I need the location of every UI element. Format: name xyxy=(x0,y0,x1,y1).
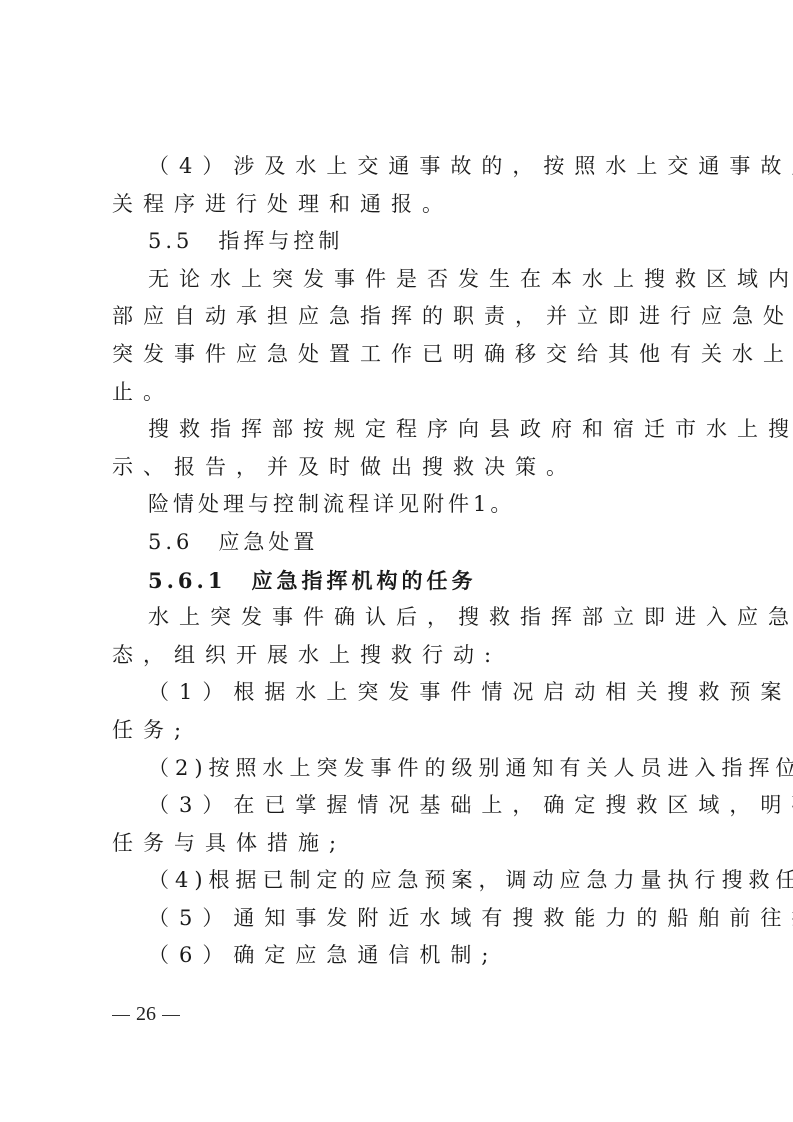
subsection-heading-5-6-1: 5.6.1 应急指挥机构的任务 xyxy=(112,562,694,600)
section-heading-5-5: 5.5 指挥与控制 xyxy=(112,223,694,261)
paragraph-line: 部应自动承担应急指挥的职责，并立即进行应急处置，直至水上 xyxy=(112,298,694,336)
paragraph-line: 态，组织开展水上搜救行动: xyxy=(112,637,694,675)
list-item-3: （3）在已掌握情况基础上，确定搜救区域，明确搜救工作 xyxy=(112,787,694,825)
paragraph-line: 突发事件应急处置工作已明确移交给其他有关水上搜救机构为 xyxy=(112,336,694,374)
page-number: 26 xyxy=(136,1003,156,1025)
page-footer: 26 xyxy=(106,1003,186,1026)
paragraph-line: 搜救指挥部按规定程序向县政府和宿迁市水上搜救机构请 xyxy=(112,411,694,449)
paragraph-line: 示、报告，并及时做出搜救决策。 xyxy=(112,449,694,487)
paragraph-line: 险情处理与控制流程详见附件1。 xyxy=(112,486,694,524)
paragraph-line: 无论水上突发事件是否发生在本水上搜救区域内，搜救指挥 xyxy=(112,261,694,299)
dash-left xyxy=(112,1015,130,1016)
paragraph-line: 止。 xyxy=(112,374,694,412)
list-item-1: （1）根据水上突发事件情况启动相关搜救预案，下达搜救 xyxy=(112,674,694,712)
document-page: （4）涉及水上交通事故的，按照水上交通事故应急预案相 关程序进行处理和通报。 5… xyxy=(112,148,694,975)
list-item-4: （4)根据已制定的应急预案，调动应急力量执行搜救任务; xyxy=(112,862,694,900)
paragraph-line: 关程序进行处理和通报。 xyxy=(112,186,694,224)
list-item-2: （2)按照水上突发事件的级别通知有关人员进入指挥位置; xyxy=(112,750,694,788)
list-item-3-continuation: 任务与具体措施; xyxy=(112,825,694,863)
list-item-1-continuation: 任务; xyxy=(112,712,694,750)
paragraph-line: （4）涉及水上交通事故的，按照水上交通事故应急预案相 xyxy=(112,148,694,186)
paragraph-line: 水上突发事件确认后，搜救指挥部立即进入应急处置行动状 xyxy=(112,599,694,637)
section-heading-5-6: 5.6 应急处置 xyxy=(112,524,694,562)
list-item-6: （6）确定应急通信机制; xyxy=(112,937,694,975)
dash-right xyxy=(162,1015,180,1016)
list-item-5: （5）通知事发附近水域有搜救能力的船舶前往搜救; xyxy=(112,900,694,938)
